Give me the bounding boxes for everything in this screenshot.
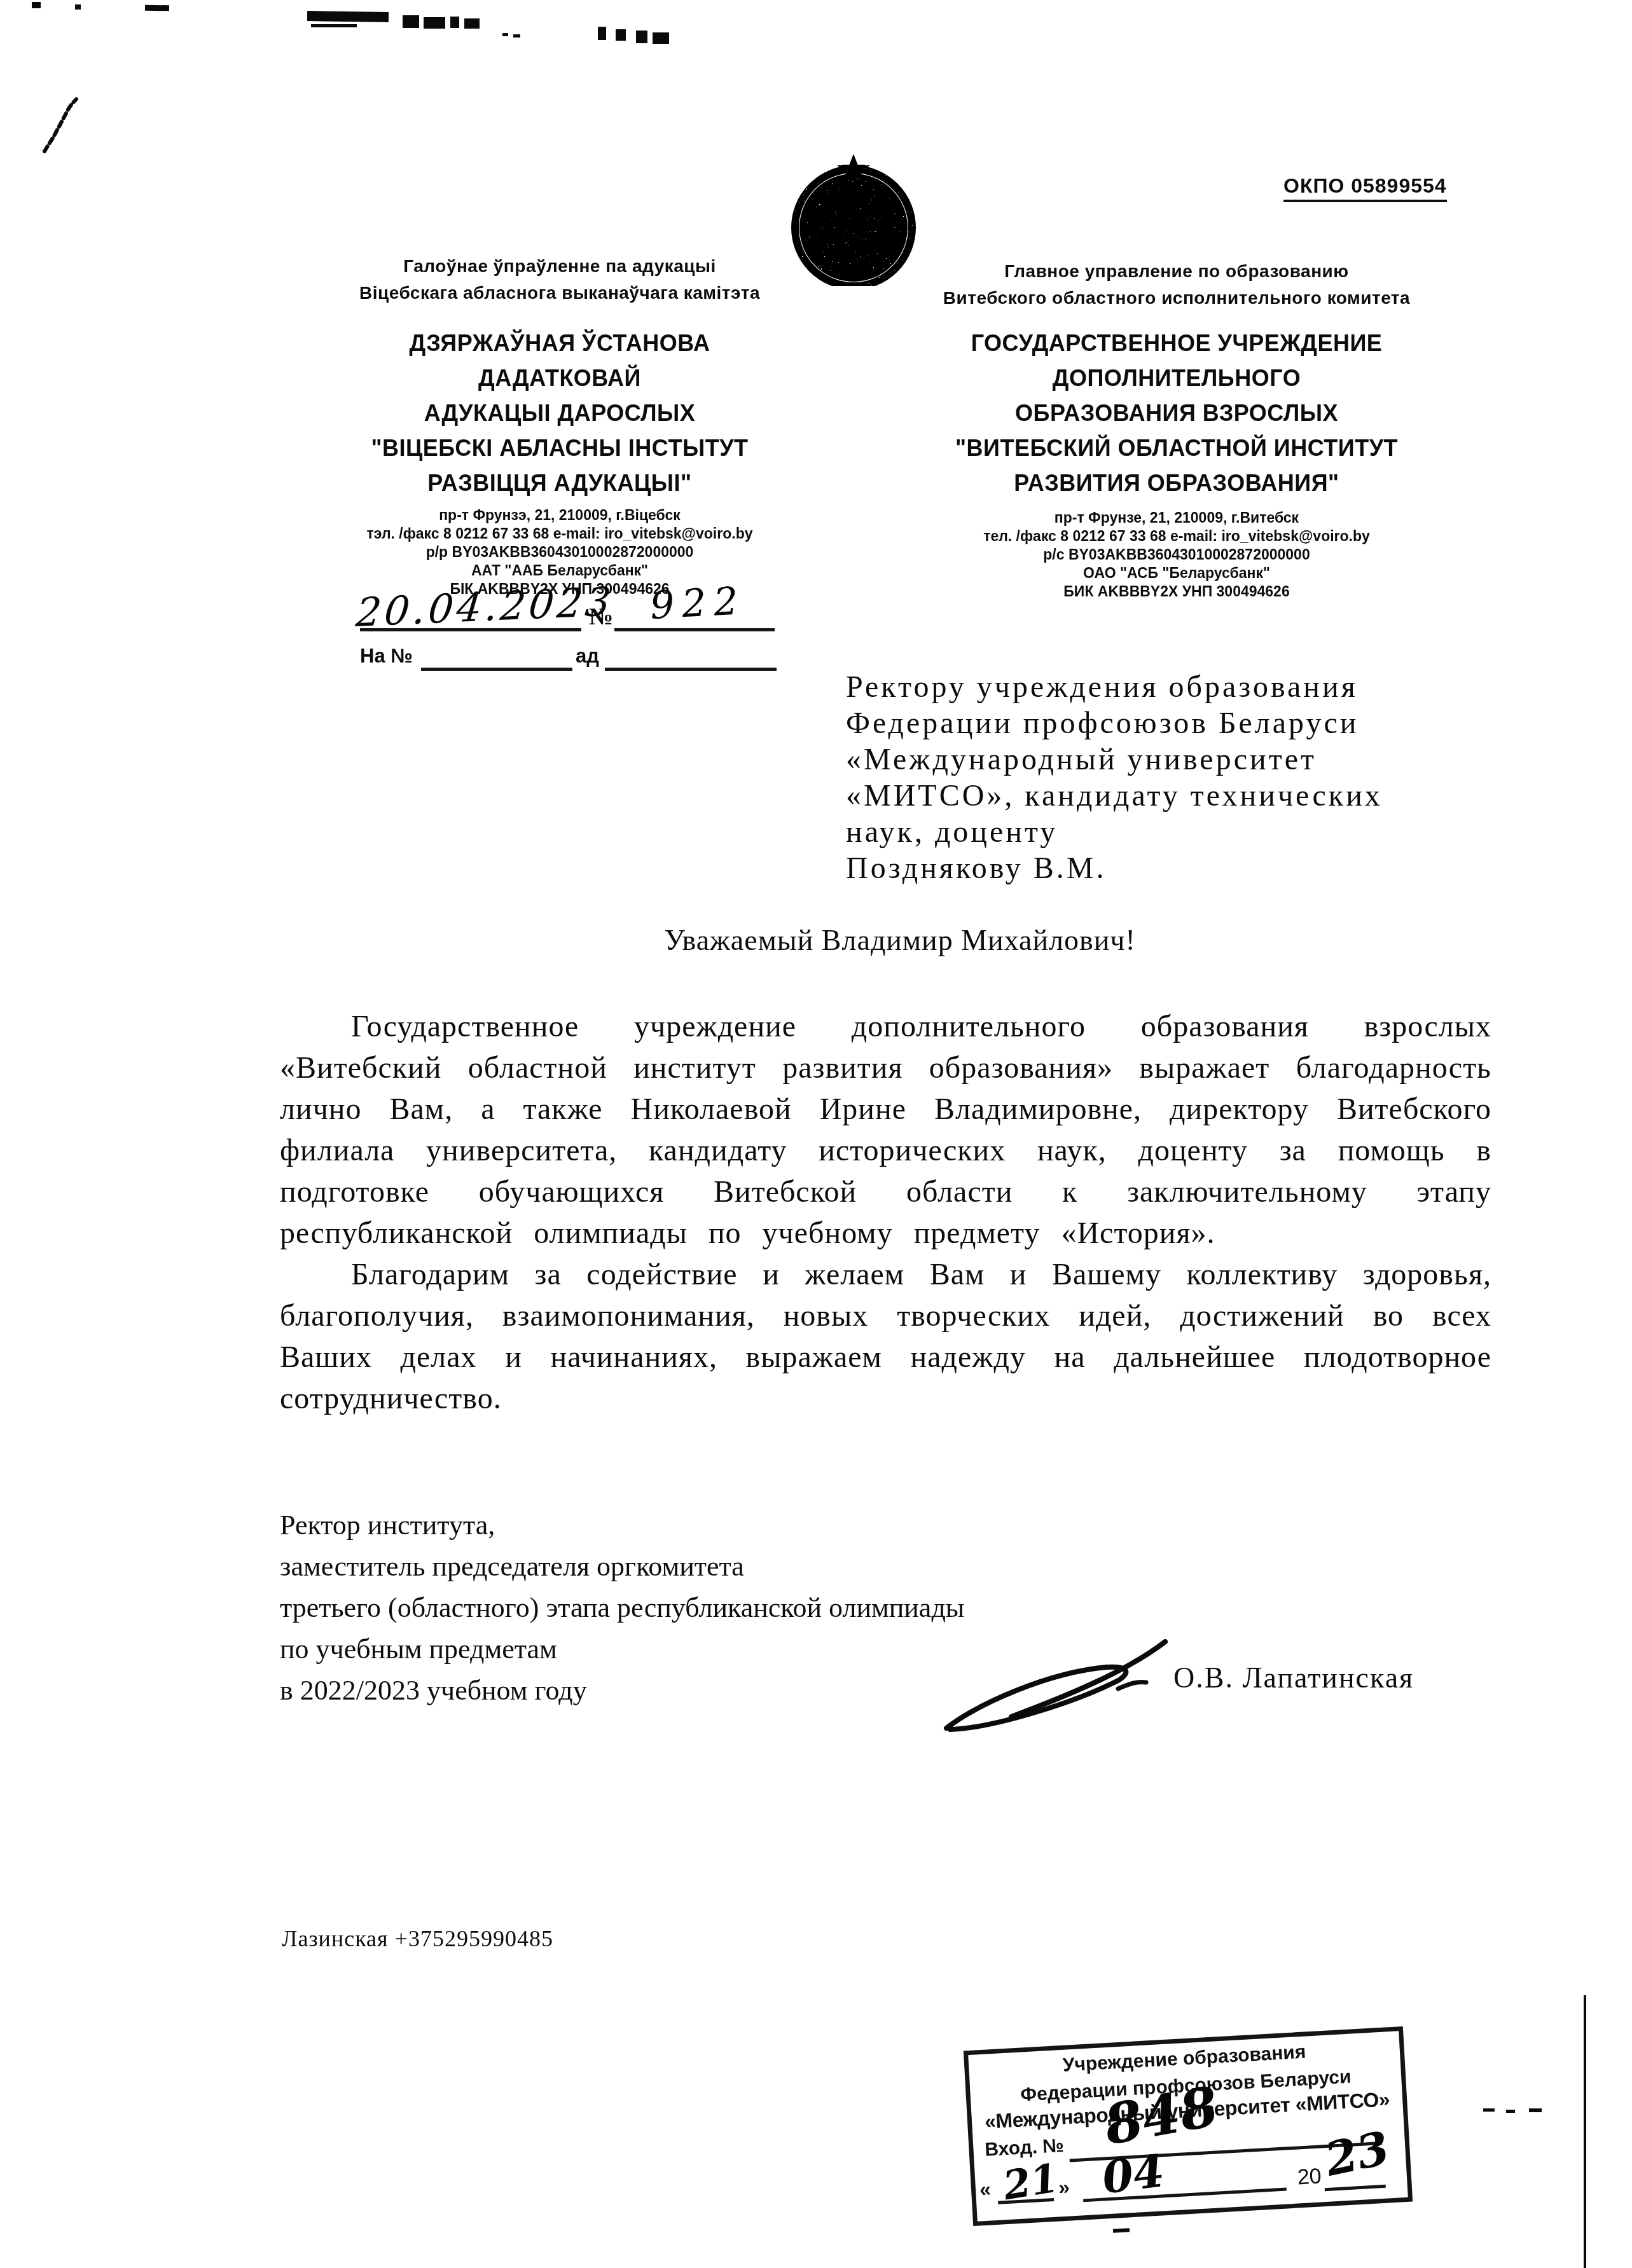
org-name-by: ДЗЯРЖАЎНАЯ ЎСТАНОВА ДАДАТКОВАЙ АДУКАЦЫІ … xyxy=(267,326,852,500)
address-ru-line: БИК AKBBBY2X УНП 300494626 xyxy=(865,582,1488,601)
scan-artifact-vertical-line xyxy=(1584,1995,1586,2268)
org-by-line: "ВІЦЕБСКІ АБЛАСНЫ ІНСТЫТУТ xyxy=(267,430,852,465)
org-name-ru: ГОСУДАРСТВЕННОЕ УЧРЕЖДЕНИЕ ДОПОЛНИТЕЛЬНО… xyxy=(865,326,1488,500)
authority-name-by: Галоўнае ўпраўленне па адукацыі Віцебска… xyxy=(267,253,852,306)
outgoing-date-underline xyxy=(360,628,581,631)
recipient-line: Позднякову В.М. xyxy=(846,850,1476,886)
scan-artifact xyxy=(450,17,459,28)
scan-artifact xyxy=(307,11,389,22)
scan-artifact xyxy=(636,31,647,43)
reply-ref-label: На № xyxy=(360,645,413,668)
recipient-line: «Международный университет xyxy=(846,741,1476,778)
scan-artifact xyxy=(653,32,669,44)
org-by-line: АДУКАЦЫІ ДАРОСЛЫХ xyxy=(267,395,852,430)
org-ru-line: "ВИТЕБСКИЙ ОБЛАСТНОЙ ИНСТИТУТ xyxy=(865,430,1488,465)
org-ru-line: РАЗВИТИЯ ОБРАЗОВАНИЯ" xyxy=(865,465,1488,500)
org-address-ru: пр-т Фрунзе, 21, 210009, г.Витебск тел. … xyxy=(865,509,1488,601)
recipient-line: «МИТСО», кандидату технических xyxy=(846,778,1476,814)
incoming-stamp: Учреждение образования Федерации профсою… xyxy=(964,2026,1413,2226)
signer-position-line: заместитель председателя оргкомитета xyxy=(280,1546,1170,1587)
scan-artifact xyxy=(75,4,81,10)
stamp-year-prefix: 20 xyxy=(1297,2164,1322,2190)
body-paragraph-2: Благодарим за содействие и желаем Вам и … xyxy=(280,1254,1491,1419)
address-ru-line: ОАО "АСБ "Беларусбанк" xyxy=(865,564,1488,582)
stamp-year-handwritten: 23 xyxy=(1320,2120,1394,2187)
okpo-code: ОКПО 05899554 xyxy=(1283,174,1447,202)
pen-scribble-icon xyxy=(39,95,84,156)
signature-stroke-icon xyxy=(935,1628,1202,1742)
authority-by-line1: Галоўнае ўпраўленне па адукацыі xyxy=(267,253,852,280)
scan-artifact xyxy=(502,33,508,36)
scan-artifact xyxy=(32,2,41,8)
number-sign: № xyxy=(589,603,613,631)
scan-artifact xyxy=(1529,2108,1542,2112)
scan-artifact xyxy=(1113,2228,1130,2232)
org-ru-line: ДОПОЛНИТЕЛЬНОГО xyxy=(865,361,1488,395)
scan-artifact xyxy=(424,17,445,29)
reply-date-underline xyxy=(605,668,777,671)
outgoing-number-underline xyxy=(614,628,775,631)
scan-artifact xyxy=(464,18,480,29)
org-by-line: ДАДАТКОВАЙ xyxy=(267,361,852,395)
authority-ru-line2: Витебского областного исполнительного ко… xyxy=(865,285,1488,312)
stamp-date-close-quote: » xyxy=(1058,2176,1070,2200)
address-by-line: пр-т Фрунзэ, 21, 210009, г.Віцебск xyxy=(267,506,852,525)
reply-date-label: ад xyxy=(576,645,599,668)
scanned-letter-page: ОКПО 05899554 Галоўнае ўпраўленне па аду… xyxy=(0,0,1632,2268)
okpo-code-text: ОКПО 05899554 xyxy=(1283,174,1447,202)
scan-artifact xyxy=(311,24,357,27)
executor-contact: Лазинская +375295990485 xyxy=(282,1925,553,1952)
authority-ru-line1: Главное управление по образованию xyxy=(865,258,1488,285)
stamp-month-handwritten: 04 xyxy=(1099,2144,1167,2204)
scan-artifact xyxy=(1483,2108,1495,2112)
scan-artifact xyxy=(616,29,626,41)
scan-artifact xyxy=(598,27,606,40)
scan-artifact xyxy=(145,5,169,11)
recipient-line: Ректору учреждения образования xyxy=(846,669,1476,705)
address-by-line: ААТ "ААБ Беларусбанк" xyxy=(267,561,852,580)
scan-artifact xyxy=(513,34,520,38)
recipient-line: наук, доценту xyxy=(846,814,1476,850)
signer-position-line: третьего (областного) этапа республиканс… xyxy=(280,1587,1170,1628)
address-by-line: р/р BY03AKBB36043010002872000000 xyxy=(267,543,852,561)
body-paragraph-1: Государственное учреждение дополнительно… xyxy=(280,1006,1491,1254)
authority-name-ru: Главное управление по образованию Витебс… xyxy=(865,258,1488,312)
address-ru-line: пр-т Фрунзе, 21, 210009, г.Витебск xyxy=(865,509,1488,527)
scan-artifact xyxy=(403,15,419,28)
letter-body: Государственное учреждение дополнительно… xyxy=(280,1006,1491,1419)
address-by-line: тэл. /факс 8 0212 67 33 68 e-mail: iro_v… xyxy=(267,525,852,543)
org-by-line: ДЗЯРЖАЎНАЯ ЎСТАНОВА xyxy=(267,326,852,361)
org-ru-line: ГОСУДАРСТВЕННОЕ УЧРЕЖДЕНИЕ xyxy=(865,326,1488,361)
org-ru-line: ОБРАЗОВАНИЯ ВЗРОСЛЫХ xyxy=(865,395,1488,430)
org-by-line: РАЗВІЦЦЯ АДУКАЦЫІ" xyxy=(267,465,852,500)
outgoing-number-handwritten: 922 xyxy=(649,579,747,628)
salutation: Уважаемый Владимир Михайлович! xyxy=(305,923,1495,957)
reply-ref-underline xyxy=(421,668,572,671)
recipient-line: Федерации профсоюзов Беларуси xyxy=(846,705,1476,741)
recipient-block: Ректору учреждения образования Федерации… xyxy=(846,669,1476,886)
stamp-date-open-quote: « xyxy=(979,2177,992,2201)
signer-name: О.В. Лапатинская xyxy=(1173,1661,1414,1694)
address-ru-line: тел. /факс 8 0212 67 33 68 e-mail: iro_v… xyxy=(865,527,1488,546)
stamp-day-handwritten: 21 xyxy=(1000,2155,1061,2210)
signer-position-line: Ректор института, xyxy=(280,1504,1170,1546)
scan-artifact xyxy=(1506,2110,1515,2113)
address-ru-line: р/с BY03AKBB36043010002872000000 xyxy=(865,546,1488,564)
authority-by-line2: Віцебскага абласнога выканаўчага камітэт… xyxy=(267,280,852,306)
